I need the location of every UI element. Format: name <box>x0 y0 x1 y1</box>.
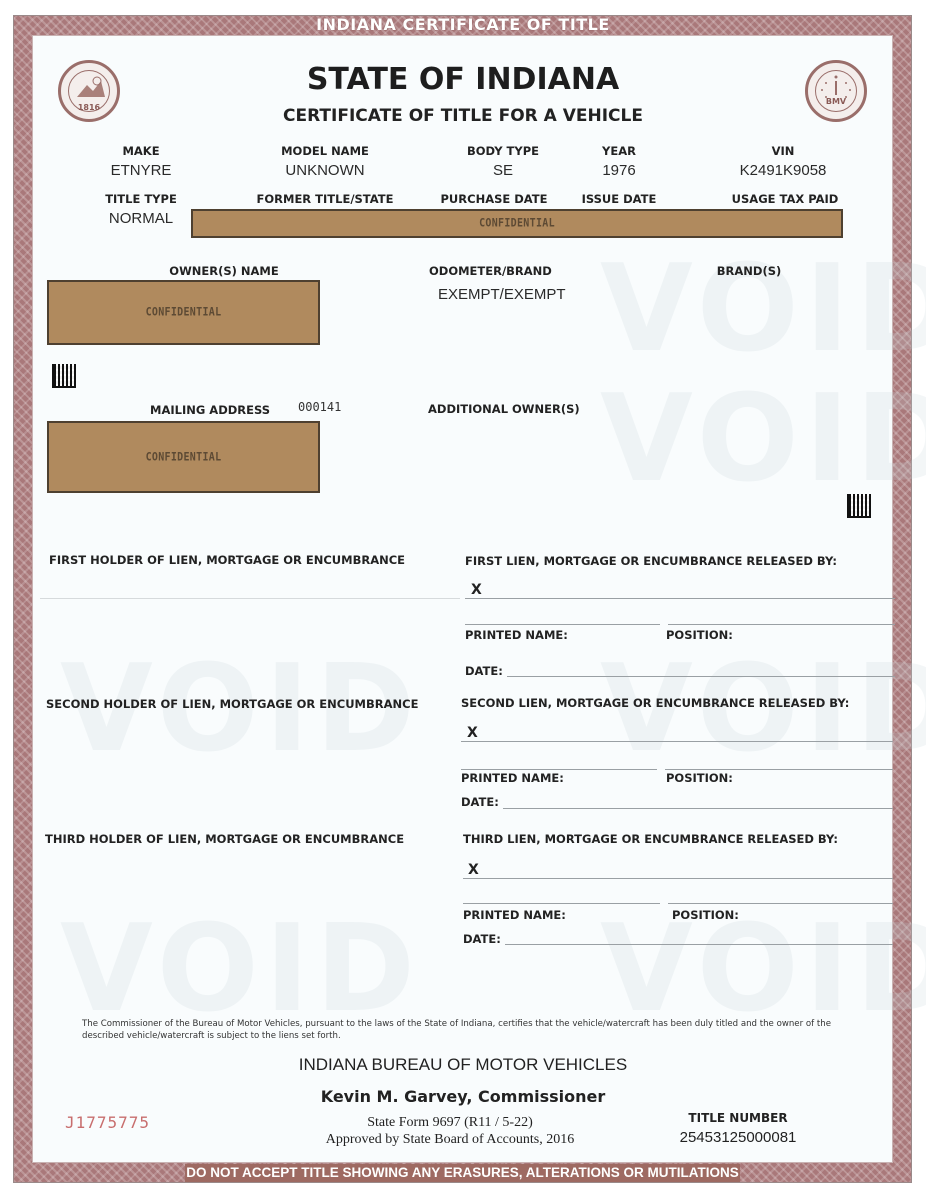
first-signature-line[interactable] <box>465 598 895 599</box>
position-label: POSITION: <box>666 628 733 642</box>
title-number: 25453125000081 <box>680 1129 797 1146</box>
body-type-label: BODY TYPE <box>467 144 539 158</box>
second-date-line[interactable] <box>503 808 893 809</box>
usage-tax-paid-label: USAGE TAX PAID <box>732 192 839 206</box>
title-type-value: NORMAL <box>109 210 173 227</box>
additional-owners-label: ADDITIONAL OWNER(S) <box>428 402 580 416</box>
position-label: POSITION: <box>666 771 733 785</box>
title-type-label: TITLE TYPE <box>105 192 177 206</box>
second-lien-holder-label: SECOND HOLDER OF LIEN, MORTGAGE OR ENCUM… <box>46 697 418 711</box>
owner-name-label: OWNER(S) NAME <box>169 264 278 278</box>
third-lien-holder-label: THIRD HOLDER OF LIEN, MORTGAGE OR ENCUMB… <box>45 832 404 846</box>
first-date-line[interactable] <box>507 676 895 677</box>
third-date-line[interactable] <box>505 944 893 945</box>
first-printed-name-line[interactable] <box>465 624 660 625</box>
model-name-label: MODEL NAME <box>281 144 369 158</box>
confidential-text: CONFIDENTIAL <box>146 306 222 319</box>
barcode-icon <box>847 494 871 518</box>
title-number-label: TITLE NUMBER <box>688 1111 787 1125</box>
issue-date-label: ISSUE DATE <box>582 192 657 206</box>
date-label: DATE: <box>463 932 501 946</box>
first-lien-holder-label: FIRST HOLDER OF LIEN, MORTGAGE OR ENCUMB… <box>49 553 405 567</box>
body-type-value: SE <box>493 162 513 179</box>
position-label: POSITION: <box>672 908 739 922</box>
model-name-value: UNKNOWN <box>285 162 364 179</box>
mailing-code: 000141 <box>298 400 341 414</box>
mailing-address-label: MAILING ADDRESS <box>150 403 270 417</box>
third-printed-name-line[interactable] <box>463 903 660 904</box>
barcode-icon <box>52 364 76 388</box>
confidential-text: CONFIDENTIAL <box>146 451 222 464</box>
make-value: ETNYRE <box>111 162 172 179</box>
printed-name-label: PRINTED NAME: <box>463 908 566 922</box>
signature-x: X <box>471 582 482 598</box>
former-title-state-label: FORMER TITLE/STATE <box>257 192 394 206</box>
year-value: 1976 <box>602 162 635 179</box>
agency-name: INDIANA BUREAU OF MOTOR VEHICLES <box>0 1055 926 1075</box>
vin-value: K2491K9058 <box>740 162 827 179</box>
printed-name-label: PRINTED NAME: <box>465 628 568 642</box>
page-subtitle: CERTIFICATE OF TITLE FOR A VEHICLE <box>0 106 926 126</box>
confidential-text: CONFIDENTIAL <box>479 217 555 230</box>
redacted-owner-name: CONFIDENTIAL <box>47 280 320 345</box>
divider <box>40 598 460 599</box>
top-banner: INDIANA CERTIFICATE OF TITLE <box>0 15 926 35</box>
serial-number: J1775775 <box>65 1113 150 1132</box>
commissioner-name: Kevin M. Garvey, Commissioner <box>0 1087 926 1106</box>
second-signature-line[interactable] <box>461 741 893 742</box>
year-label: YEAR <box>602 144 636 158</box>
vin-label: VIN <box>772 144 795 158</box>
make-label: MAKE <box>122 144 159 158</box>
second-lien-released-label: SECOND LIEN, MORTGAGE OR ENCUMBRANCE REL… <box>461 696 849 710</box>
date-label: DATE: <box>465 664 503 678</box>
second-position-line[interactable] <box>665 769 893 770</box>
redacted-title-details: CONFIDENTIAL <box>191 209 843 238</box>
signature-x: X <box>467 725 478 741</box>
brands-label: BRAND(S) <box>717 264 782 278</box>
odometer-brand-label: ODOMETER/BRAND <box>429 264 552 278</box>
bmv-seal-text: BMV <box>808 97 864 106</box>
printed-name-label: PRINTED NAME: <box>461 771 564 785</box>
date-label: DATE: <box>461 795 499 809</box>
redacted-mailing-address: CONFIDENTIAL <box>47 421 320 493</box>
second-printed-name-line[interactable] <box>461 769 657 770</box>
certification-statement: The Commissioner of the Bureau of Motor … <box>82 1018 842 1042</box>
first-lien-released-label: FIRST LIEN, MORTGAGE OR ENCUMBRANCE RELE… <box>465 554 837 568</box>
third-signature-line[interactable] <box>463 878 893 879</box>
purchase-date-label: PURCHASE DATE <box>441 192 548 206</box>
page-title: STATE OF INDIANA <box>0 62 926 97</box>
third-lien-released-label: THIRD LIEN, MORTGAGE OR ENCUMBRANCE RELE… <box>463 832 838 846</box>
third-position-line[interactable] <box>668 903 893 904</box>
first-position-line[interactable] <box>668 624 895 625</box>
signature-x: X <box>468 862 479 878</box>
odometer-brand-value: EXEMPT/EXEMPT <box>438 286 566 303</box>
bottom-warning-banner: DO NOT ACCEPT TITLE SHOWING ANY ERASURES… <box>185 1164 740 1182</box>
